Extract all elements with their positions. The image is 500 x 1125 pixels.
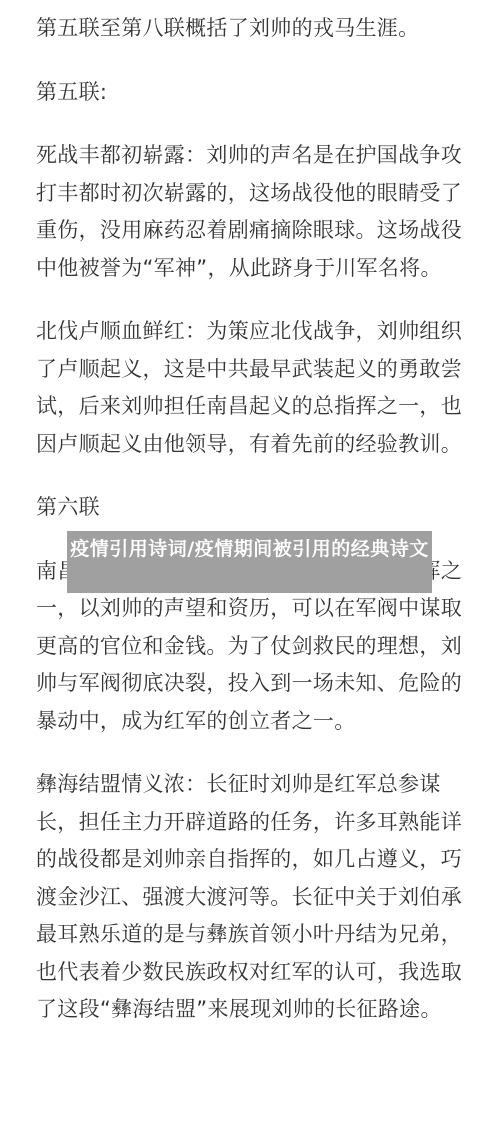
title-overlay-banner: 疫情引用诗词/疫情期间被引用的经典诗文 [67,531,432,593]
article-body: 第五联至第八联概括了刘帅的戎马生涯。 第五联: 死战丰都初崭露：刘帅的声名是在护… [36,10,466,1029]
paragraph-yihai: 彝海结盟情义浓：长征时刘帅是红军总参谋长，担任主力开辟道路的任务，许多耳熟能详的… [36,766,466,1029]
intro-paragraph: 第五联至第八联概括了刘帅的戎马生涯。 [36,10,466,48]
overlay-title: 疫情引用诗词/疫情期间被引用的经典诗文 [70,538,428,560]
section-heading-sixth: 第六联 [36,489,466,527]
section-heading-fifth: 第五联: [36,74,466,112]
paragraph-lushun: 北伐卢顺血鲜红：为策应北伐战争，刘帅组织了卢顺起义，这是中共最早武装起义的勇敢尝… [36,313,466,463]
paragraph-fengdu: 死战丰都初崭露：刘帅的声名是在护国战争攻打丰都时初次崭露的，这场战役他的眼睛受了… [36,137,466,287]
